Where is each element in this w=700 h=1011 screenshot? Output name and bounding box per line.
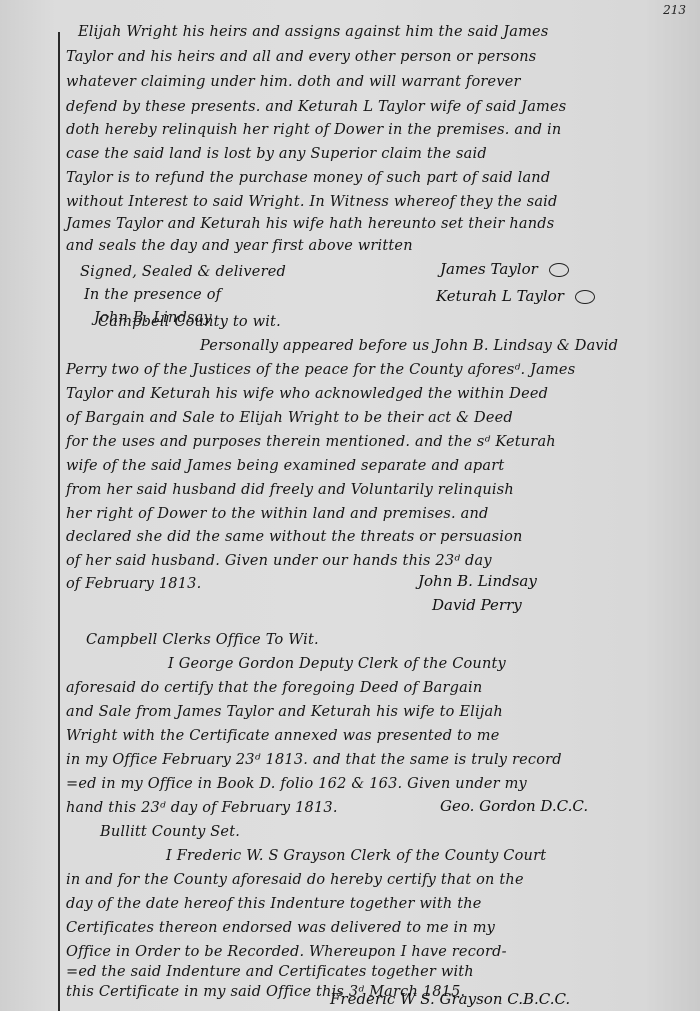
justice-signature: David Perry [432, 596, 522, 614]
section-heading: Campbell Clerks Office To Wit. [86, 630, 700, 650]
seal-icon [575, 290, 595, 304]
deed-line: defend by these presents. and Keturah L … [66, 97, 696, 117]
ack-line: declared she did the same without the th… [66, 527, 696, 547]
deed-line: Elijah Wright his heirs and assigns agai… [78, 22, 700, 42]
page-number: 213 [663, 3, 686, 17]
ack-line: Personally appeared before us John B. Li… [200, 336, 700, 356]
ack-line: from her said husband did freely and Vol… [66, 480, 696, 500]
ack-line: Perry two of the Justices of the peace f… [66, 360, 696, 380]
clerk-line: in my Office February 23ᵈ 1813. and that… [66, 750, 696, 770]
deed-line: doth hereby relinquish her right of Dowe… [66, 120, 696, 140]
ack-line: her right of Dower to the within land an… [66, 504, 696, 524]
deed-line: Taylor is to refund the purchase money o… [66, 168, 696, 188]
clerk-line: hand this 23ᵈ day of February 1813. [66, 798, 696, 818]
section-heading: Campbell County to wit. [98, 312, 700, 332]
seal-icon [549, 263, 569, 277]
deed-line: Taylor and his heirs and all and every o… [66, 47, 696, 67]
recording-line: day of the date hereof this Indenture to… [66, 894, 696, 914]
section-heading: Bullitt County Set. [100, 822, 700, 842]
recording-line: =ed the said Indenture and Certificates … [66, 962, 696, 982]
grantor-signature-keturah: Keturah L Taylor [436, 287, 595, 305]
recording-line: Certificates thereon endorsed was delive… [66, 918, 696, 938]
clerk-line: =ed in my Office in Book D. folio 162 & … [66, 774, 696, 794]
witness-line: Signed, Sealed & delivered [80, 262, 700, 282]
margin-rule [58, 32, 60, 1011]
deed-line: and seals the day and year first above w… [66, 236, 696, 256]
document-page: 213 Elijah Wright his heirs and assigns … [0, 0, 700, 1011]
clerk-line: Wright with the Certificate annexed was … [66, 726, 696, 746]
recording-clerk-signature: Frederic W S. Grayson C.B.C.C. [330, 990, 570, 1008]
clerk-line: I George Gordon Deputy Clerk of the Coun… [168, 654, 700, 674]
ack-line: wife of the said James being examined se… [66, 456, 696, 476]
recording-line: Office in Order to be Recorded. Whereupo… [66, 942, 696, 962]
deed-line: James Taylor and Keturah his wife hath h… [66, 214, 696, 234]
clerk-signature: Geo. Gordon D.C.C. [440, 797, 588, 815]
ack-line: of February 1813. [66, 574, 696, 594]
recording-line: in and for the County aforesaid do hereb… [66, 870, 696, 890]
ack-line: Taylor and Keturah his wife who acknowle… [66, 384, 696, 404]
clerk-line: and Sale from James Taylor and Keturah h… [66, 702, 696, 722]
recording-line: I Frederic W. S Grayson Clerk of the Cou… [166, 846, 700, 866]
clerk-line: aforesaid do certify that the foregoing … [66, 678, 696, 698]
deed-line: whatever claiming under him. doth and wi… [66, 72, 696, 92]
ack-line: of her said husband. Given under our han… [66, 551, 696, 571]
witness-line: In the presence of [84, 285, 700, 305]
ack-line: for the uses and purposes therein mentio… [66, 432, 696, 452]
deed-line: without Interest to said Wright. In Witn… [66, 192, 696, 212]
deed-line: case the said land is lost by any Superi… [66, 144, 696, 164]
grantor-signature-james: James Taylor [440, 260, 569, 278]
ack-line: of Bargain and Sale to Elijah Wright to … [66, 408, 696, 428]
justice-signature: John B. Lindsay [418, 572, 537, 590]
